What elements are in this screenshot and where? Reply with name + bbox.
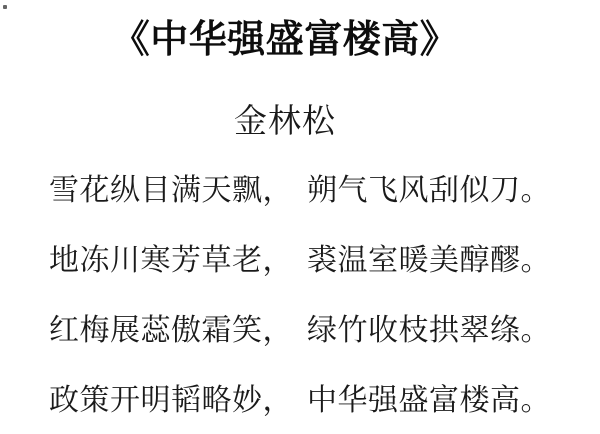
poem-line-first-half: 政策开明韬略妙，: [49, 380, 293, 422]
poem-line-second-half: 绿竹收枝拱翠绦。: [307, 310, 551, 352]
poem-line: 雪花纵目满天飘，朔气飞风刮似刀。: [0, 170, 600, 212]
scan-artifact-speck: [3, 5, 7, 9]
poem-line-first-half: 红梅展蕊傲霜笑，: [49, 310, 293, 352]
poem-title: 《中华强盛富楼高》: [0, 0, 600, 64]
poem-line-second-half: 朔气飞风刮似刀。: [307, 170, 551, 212]
poem-author: 金林松: [0, 102, 570, 142]
poem-line-second-half: 裘温室暖美醇醪。: [307, 240, 551, 282]
poem-line-first-half: 雪花纵目满天飘，: [49, 170, 293, 212]
poem-line-second-half: 中华强盛富楼高。: [307, 380, 551, 422]
poem-line: 地冻川寒芳草老，裘温室暖美醇醪。: [0, 240, 600, 282]
poem-line-first-half: 地冻川寒芳草老，: [49, 240, 293, 282]
poem-page: 《中华强盛富楼高》 金林松 雪花纵目满天飘，朔气飞风刮似刀。 地冻川寒芳草老，裘…: [0, 0, 600, 434]
poem-line: 红梅展蕊傲霜笑，绿竹收枝拱翠绦。: [0, 310, 600, 352]
poem-line: 政策开明韬略妙，中华强盛富楼高。: [0, 380, 600, 422]
